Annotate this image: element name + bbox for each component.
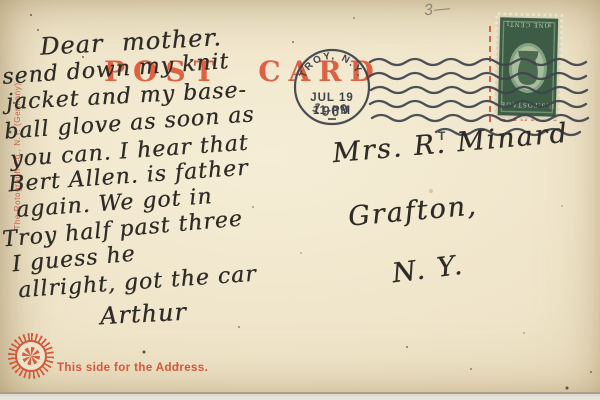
postcard-paper: POST CARD The Rotograph Co., N.Y. (Germa… [0,0,600,394]
pencil-note: 3— [423,0,452,20]
address-line: Grafton, [347,190,479,232]
signature: Arthur [99,298,187,331]
franklin-portrait-silhouette [518,51,539,86]
address-line: N. Y. [390,250,465,290]
stamp-top-label: U.S.POSTAGE [500,100,555,109]
stamp-art: U.S.POSTAGE 1 1 ONE CENT [493,12,564,122]
postmark-time: 11-PM [313,105,351,117]
postmark-year: 1909 [310,99,354,120]
address-line: Mrs. R. Minard [331,118,570,170]
one-cent-franklin-stamp: U.S.POSTAGE 1 1 ONE CENT [493,12,564,122]
publisher-sunburst-logo [8,333,54,379]
stamp-bottom-label: ONE CENT [509,20,550,28]
address-side-instruction: This side for the Address. [57,362,208,374]
postmark-date: JUL 19 [310,92,354,104]
postcard-scan: POST CARD The Rotograph Co., N.Y. (Germa… [0,0,600,400]
stamp-box-red-marks-left [489,26,491,122]
sunburst-core [22,347,40,365]
card-bottom-edge [0,396,600,400]
foxing-specks [0,0,2,2]
